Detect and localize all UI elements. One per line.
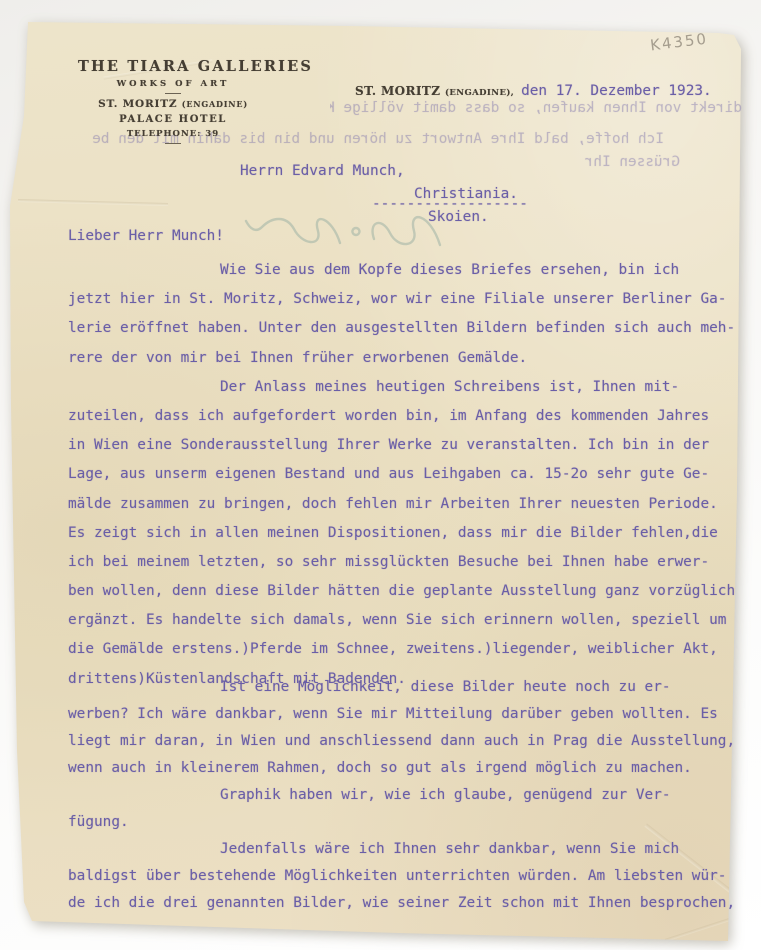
bleedthrough-line-3: Grüssen Ihr [556,154,680,170]
letter-body-line: Ist eine Möglichkeit, diese Bilder heute… [68,679,744,706]
letterhead-divider [165,93,181,94]
dateline-place-main: ST. MORITZ [355,84,440,98]
dateline-date: den 17. Dezember 1923. [521,83,712,99]
scanned-letter-page: direkt von Ihnen kaufen, so dass damit v… [0,0,761,950]
letter-body-line: Es zeigt sich in allen meinen Dispositio… [68,525,744,554]
recipient-district: Skoien. [428,209,489,225]
letter-body-line: Der Anlass meines heutigen Schreibens is… [68,379,744,408]
bleedthrough-line-1: direkt von Ihnen kaufen, so dass damit v… [330,100,742,116]
letter-body-line: zuteilen, dass ich aufgefordert worden b… [68,408,744,437]
salutation: Lieber Herr Munch! [68,228,224,244]
letterhead-city-region: (ENGADINE) [182,99,248,109]
letter-body-line: mälde zusammen zu bringen, doch fehlen m… [68,496,744,525]
gallery-name: THE TIARA GALLERIES [78,58,268,75]
letter-body-line: die Gemälde erstens.)Pferde im Schnee, z… [68,641,744,670]
letter-body-line: in Wien eine Sonderausstellung Ihrer Wer… [68,437,744,466]
letter-body-line: baldigst über bestehende Möglichkeiten u… [68,868,744,895]
handwriting-bleedthrough [243,203,448,265]
letter-body-line: ich bei meinem letzten, so sehr missglüc… [68,554,744,583]
recipient-name: Herrn Edvard Munch, [240,163,405,179]
letterhead-divider [165,143,181,144]
letter-body-line: rere der von mir bei Ihnen früher erworb… [68,350,744,379]
letter-body-line: Lage, aus unserm eigenen Bestand und aus… [68,466,744,495]
letterhead-city: ST. MORITZ (ENGADINE) [78,98,268,110]
letterhead: THE TIARA GALLERIES WORKS OF ART ST. MOR… [78,58,268,148]
letter-body-line: Wie Sie aus dem Kopfe dieses Briefes ers… [68,262,744,291]
letter-body-line: fügung. [68,814,744,841]
letterhead-hotel: PALACE HOTEL [78,114,268,125]
letter-body-line: Graphik haben wir, wie ich glaube, genüg… [68,787,744,814]
letter-body-line: jetzt hier in St. Moritz, Schweiz, wor w… [68,291,744,320]
dateline-place-region: (ENGADINE), [445,88,514,98]
letter-body-part2: Ist eine Möglichkeit, diese Bilder heute… [68,679,744,922]
letter-body-line: ergänzt. Es handelte sich damals, wenn S… [68,612,744,641]
letterhead-telephone: TELEPHONE: 39 [78,129,268,139]
letter-body-part1: Wie Sie aus dem Kopfe dieses Briefes ers… [68,262,744,700]
dateline: ST. MORITZ (ENGADINE),den 17. Dezember 1… [355,80,712,99]
letter-body-line: liegt mir daran, in Wien und anschliesse… [68,733,744,760]
dateline-place: ST. MORITZ (ENGADINE), [355,84,514,98]
letter-body-line: wenn auch in kleinerem Rahmen, doch so g… [68,760,744,787]
letter-body-line: ben wollen, denn diese Bilder hätten die… [68,583,744,612]
paper-crease [18,199,168,206]
letterhead-city-main: ST. MORITZ [98,98,177,110]
gallery-subtitle: WORKS OF ART [78,79,268,89]
letter-body-line: werben? Ich wäre dankbar, wenn Sie mir M… [68,706,744,733]
letter-body-line: de ich die drei genannten Bilder, wie se… [68,895,744,922]
letter-body-line: lerie eröffnet haben. Unter den ausgeste… [68,320,744,349]
letter-body-line: Jedenfalls wäre ich Ihnen sehr dankbar, … [68,841,744,868]
